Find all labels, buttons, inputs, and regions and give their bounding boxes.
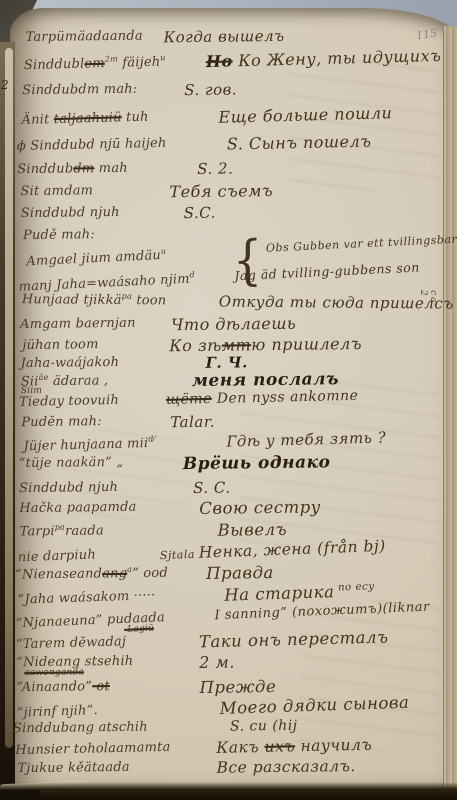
transcription-text: jühan toom	[22, 337, 98, 353]
text-segment: tuh	[122, 110, 149, 126]
text-segment: по есу	[334, 581, 375, 593]
transcription-text: ϕ Sinddubd njū haijeh	[17, 136, 167, 154]
text-segment: Sinddubd njuh	[21, 205, 120, 221]
translation-text: Г. Ч.	[205, 353, 247, 372]
text-segment: Den nyss ankomne	[212, 388, 359, 407]
transcription-text: Pudĕn mah:	[21, 414, 102, 430]
manuscript-line: Sinddubdm mah:S. гов.	[0, 78, 453, 106]
text-segment: На старика	[224, 582, 335, 605]
translation-text: Врёшь однако	[183, 452, 331, 474]
text-segment: mah	[94, 161, 128, 176]
transcription-text: “Ainaando” ot	[16, 679, 110, 695]
text-segment: Tjukue kěätaada	[17, 760, 129, 776]
text-segment: Свою сестру	[199, 497, 321, 517]
text-segment: pa	[122, 292, 132, 301]
text-segment: Sinddubdm mah:	[22, 82, 137, 98]
text-segment: Hunsier toholaamamta	[15, 740, 171, 758]
text-segment: äe	[38, 373, 48, 382]
text-segment: Sinddubang atschih	[13, 720, 148, 737]
text-segment: “Tarem dĕwadaj	[16, 634, 127, 652]
text-segment: Tieday toovuih	[19, 393, 119, 410]
text-segment: Когда вышелъ	[163, 27, 284, 46]
text-segment: fäijeh	[118, 55, 161, 71]
text-segment: S. си (hij	[230, 718, 298, 735]
text-segment: ϕ Sinddubd njū haijeh	[17, 136, 167, 154]
text-segment: Все разсказалъ.	[216, 757, 356, 777]
transcription-text: Hačka paapamda	[19, 500, 136, 516]
transcription-text: nie darpiuh	[18, 547, 97, 565]
transcription-text: Tarpiраraada	[20, 522, 104, 539]
transcription-text: Tarpümäadaanda	[25, 29, 142, 45]
text-segment: Тебя съемъ	[169, 181, 273, 201]
text-segment: “Jaha waásakom ·····	[17, 588, 155, 608]
transcription-text: Sinddubd njuh	[21, 205, 120, 221]
text-segment: Врёшь однако	[183, 452, 331, 474]
translation-text: S. 2.	[197, 159, 233, 177]
text-segment: “Nienaseand	[15, 566, 102, 582]
text-segment: Sinddubd njuh	[19, 480, 118, 496]
text-segment: “jirinf njih”.	[17, 703, 98, 721]
text-segment: S. C.	[193, 479, 231, 497]
text-segment: научилъ	[295, 736, 373, 756]
manuscript-line: “tüje naakän” „Врёшь однако	[1, 451, 457, 479]
text-segment: em	[84, 56, 105, 72]
manuscript-lines: TarpümäadaandaКогда вышелъSinddublem2m f…	[0, 0, 457, 800]
transcription-text: Sinddubdm mah	[17, 161, 128, 177]
text-segment: toon	[132, 293, 167, 308]
text-segment: Tarpi	[20, 524, 55, 539]
text-segment: S. Сынъ пошелъ	[227, 132, 372, 154]
transcription-text: Sit amdam	[20, 183, 93, 199]
transcription-text: Siiäe ädaraa ,Siim	[21, 372, 109, 389]
text-segment: raada	[65, 523, 104, 538]
text-segment: taljaahuiü	[54, 110, 122, 127]
transcription-text: Jüjer hunjaana miid⁄	[23, 435, 155, 455]
transcription-text: Sinddubd njuh	[19, 480, 118, 496]
text-segment: d⁄	[148, 435, 155, 444]
text-segment: щёте	[166, 391, 212, 408]
text-segment: S. 2.	[197, 159, 233, 177]
transcription-text: Hunjaad tjikkäpa toon	[22, 291, 167, 309]
text-segment: Г. Ч.	[205, 353, 247, 372]
transcription-text: Pudě mah:	[23, 227, 95, 243]
text-segment: Sinddubl	[24, 57, 85, 74]
bottom-corner-shadow	[0, 790, 40, 800]
transcription-text: Amgam baernjan	[20, 316, 136, 332]
translation-text: Откуда ты сюда пришелсъ	[219, 293, 454, 313]
transcription-text: Änit taljaahuiü tuh	[21, 110, 148, 128]
text-segment: Какъ	[216, 738, 265, 757]
transcription-text: Hunsier toholaamamta	[15, 740, 171, 758]
text-segment: Talar.	[170, 413, 215, 432]
translation-text: Talar.	[170, 413, 215, 432]
text-segment: Еще больше пошли	[218, 103, 392, 127]
translation-text: Еще больше пошли	[218, 103, 392, 127]
text-segment: мт	[222, 335, 252, 354]
text-segment: Правда	[206, 563, 274, 583]
translation-text: Но Ко Жену, ты идущихъ	[206, 46, 442, 71]
text-segment: Hunjaad tjikkä	[22, 292, 122, 308]
transcription-text: “Tarem dĕwadaj	[16, 634, 127, 652]
transcription-text: “Jaha waásakom ·····	[17, 588, 155, 608]
text-segment: Pudĕn mah:	[21, 414, 102, 430]
translation-text: S. Сынъ пошелъ	[227, 132, 372, 154]
translation-text: S. C.	[193, 479, 231, 497]
transcription-text: Sinddubdm mah:	[22, 82, 137, 98]
text-segment: Amgam baernjan	[20, 316, 136, 332]
photograph-of-manuscript: 2 115 ca 2 { TarpümäadaandaКогда вышелъS…	[0, 0, 457, 800]
text-segment: jühan toom	[22, 337, 98, 353]
text-segment: Jaha-waájakoh	[20, 355, 119, 371]
text-segment: Гдѣ у тебя зять ?	[226, 428, 386, 450]
transcription-text: Sinddubang atschih	[13, 720, 148, 737]
text-segment: ang	[102, 566, 127, 581]
text-segment: Jüjer hunjaana mii	[23, 436, 148, 454]
translation-text: S. си (hij	[230, 718, 298, 735]
text-segment: Tarpümäadaanda	[25, 29, 142, 45]
text-segment: S.C.	[184, 204, 216, 222]
text-segment: Pudě mah:	[23, 227, 95, 243]
translation-text: Что дѣлаешь	[171, 314, 296, 335]
translation-text: 2 м.	[199, 653, 235, 672]
text-segment: ädaraa ,	[48, 373, 108, 389]
translation-text: На старика по есу	[224, 581, 375, 605]
translation-text: S. гов.	[184, 80, 237, 99]
translation-text: Гдѣ у тебя зять ?	[226, 428, 386, 450]
text-segment: S. гов.	[184, 80, 237, 99]
text-segment: Таки онъ пересталъ	[199, 627, 389, 651]
text-segment: Amgael jium amdäu	[26, 248, 161, 269]
transcription-text: Sinddublem2m fäijehu	[24, 53, 166, 73]
text-segment: Откуда ты сюда пришелсъ	[219, 293, 454, 313]
manuscript-line: Tjukue kěätaadaВсе разсказалъ.	[4, 756, 457, 784]
text-segment: “Ainaando”	[16, 679, 92, 695]
text-segment: Sinddub	[17, 161, 73, 177]
transcription-text: Amgael jium amdäuu	[26, 246, 167, 269]
transcription-text: Tjukue kěätaada	[17, 760, 129, 776]
text-segment: u	[161, 246, 167, 255]
text-segment: Ко Жену, ты идущихъ	[232, 46, 441, 70]
translation-text: Свою сестру	[199, 497, 321, 517]
translation-text: Когда вышелъ	[163, 27, 284, 46]
translation-text: Все разсказалъ.	[216, 757, 356, 777]
bottom-shadow	[0, 782, 457, 800]
manuscript-line: “Nideang stsehihaawonganda2 м.	[3, 650, 457, 678]
text-segment: d	[189, 270, 195, 279]
text-segment: ot	[92, 679, 110, 694]
transcription-text: “tüje naakän” „	[19, 455, 124, 471]
text-segment: Прежде	[199, 677, 276, 697]
text-segment: “tüje naakän” „	[19, 455, 124, 471]
transcription-text: “Nideang stsehihaawonganda	[16, 654, 133, 670]
text-segment: nie darpiuh	[18, 547, 97, 565]
text-segment: Sjtala	[160, 548, 199, 562]
text-segment: 2m	[105, 54, 118, 63]
text-segment: Ко зѣ	[169, 336, 222, 356]
translation-text: Какъ ихъ научилъ	[216, 736, 372, 757]
transcription-text: “Nienaseandanga” ood	[15, 564, 168, 582]
text-segment: Änit	[21, 112, 54, 128]
translation-text: S.C.	[184, 204, 216, 222]
text-segment: Hačka paapamda	[19, 500, 136, 516]
translation-text: Прежде	[199, 677, 276, 697]
transcription-text: “jirinf njih”.	[17, 703, 98, 721]
text-segment: dm	[73, 161, 94, 176]
translation-text: Вывелъ	[217, 520, 287, 540]
text-segment: Sit amdam	[20, 183, 93, 199]
text-segment: 2 м.	[199, 653, 235, 672]
text-segment: Вывелъ	[217, 520, 287, 540]
text-segment: ра	[55, 523, 65, 532]
text-segment: Что дѣлаешь	[171, 314, 296, 335]
translation-text: щёте Den nyss ankomne	[166, 388, 359, 408]
translation-text: Тебя съемъ	[169, 181, 273, 201]
text-segment: ихъ	[264, 737, 295, 756]
text-segment: u	[160, 53, 166, 62]
translation-text: Правда	[206, 563, 274, 583]
text-segment: aawonganda	[24, 667, 84, 678]
translation-text: Таки онъ пересталъ	[199, 627, 389, 651]
transcription-text: Tieday toovuih	[19, 393, 119, 410]
text-segment: Но	[206, 51, 233, 71]
text-segment: ” ood	[132, 566, 168, 581]
transcription-text: Jaha-waájakoh	[20, 355, 119, 371]
